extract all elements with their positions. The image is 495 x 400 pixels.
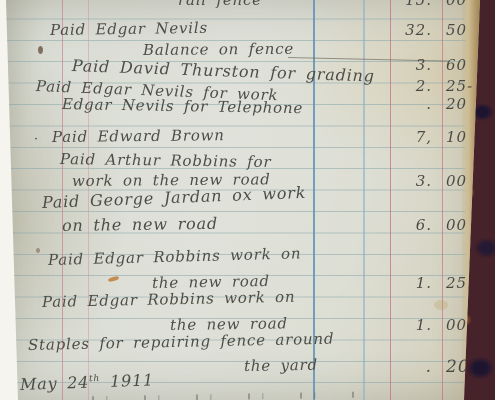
date-month-day: May 24 xyxy=(20,373,90,394)
amount-dollars: 32. xyxy=(386,21,432,39)
ledger-photo: rail fence 15. 00 Paid Edgar Nevils 32. … xyxy=(0,0,495,400)
ledger-entry: Edgar Nevils for Telephone . 20 xyxy=(6,95,480,119)
ledger-entry: Paid Edgar Robbins work on xyxy=(6,293,480,317)
entry-text: rail fence xyxy=(178,0,262,9)
amount-cents: 25- xyxy=(446,77,476,95)
amount-cents: 00 xyxy=(446,172,476,190)
entry-date: May 24th 1911 xyxy=(20,370,155,394)
entry-text: Paid Edgar Robbins work on xyxy=(42,288,296,311)
amount-dollars: 7, xyxy=(386,128,432,146)
ledger-page: rail fence 15. 00 Paid Edgar Nevils 32. … xyxy=(6,0,480,400)
amount-dollars: 1. xyxy=(386,274,432,292)
ledger-entry: Paid George Jardan ox work xyxy=(6,193,480,217)
entry-text: the yard xyxy=(244,356,318,375)
date-ordinal-suffix: th xyxy=(89,374,100,384)
entry-text: Paid Edward Brown xyxy=(52,126,225,146)
entry-text: Paid Arthur Robbins for xyxy=(60,150,272,171)
paper-speck xyxy=(38,46,43,54)
date-year: 1911 xyxy=(110,370,155,391)
paper-stain xyxy=(434,300,448,310)
amount-dollars: 15. xyxy=(386,0,432,9)
amount-cents: 50 xyxy=(446,21,476,39)
paper-speck xyxy=(36,248,40,253)
ledger-entry: on the new road 6. 00 xyxy=(6,216,480,240)
amount-dollars: 2. xyxy=(386,77,432,95)
amount-dollars: 1. xyxy=(386,316,432,334)
ledger-entry: Paid Edgar Robbins work on xyxy=(6,251,480,275)
amount-cents: 60 xyxy=(446,56,476,74)
ledger-entry: rail fence 15. 00 xyxy=(6,0,480,15)
amount-dollars: 3. xyxy=(386,172,432,190)
amount-dollars: 3. xyxy=(386,56,432,74)
entry-text: Edgar Nevils for Telephone xyxy=(62,95,303,117)
amount-dollars: . xyxy=(386,95,432,113)
entry-text: Paid Edgar Nevils xyxy=(50,19,208,39)
amount-cents: 10 xyxy=(446,128,476,146)
ledger-entry: Paid Edward Brown 7, 10 xyxy=(6,128,480,152)
amount-dollars: . xyxy=(386,357,432,377)
amount-dollars: 6. xyxy=(386,216,432,234)
amount-cents: 00 xyxy=(446,0,476,9)
amount-cents: 20 xyxy=(446,95,476,113)
entry-text: on the new road xyxy=(62,214,218,235)
